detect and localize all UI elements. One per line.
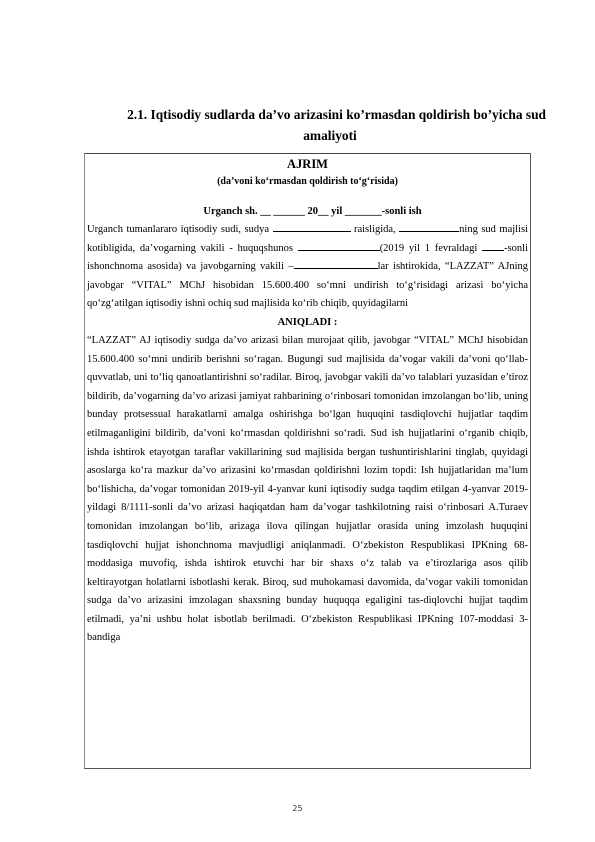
power-of-attorney-number-blank (482, 240, 504, 251)
judge-name-blank (273, 221, 351, 232)
ruling-body-paragraph: “LAZZAT” AJ iqtisodiy sudga da’vo arizas… (87, 332, 528, 648)
secretary-name-blank (399, 221, 459, 232)
ruling-subtitle: (da’voni ko‘rmasdan qoldirish to‘g‘risid… (87, 173, 528, 191)
ruling-title: AJRIM (87, 155, 528, 173)
lawyer-name-blank (298, 240, 380, 251)
ruling-intro-paragraph: Urganch tumanlararo iqtisodiy sudi, sudy… (87, 221, 528, 314)
section-heading-line2: amaliyoti (84, 125, 546, 146)
ruling-place-date-case: Urganch sh. __ ______ 20__ yil _______-s… (87, 203, 528, 221)
defendant-representative-blank (294, 258, 378, 269)
ruling-document-box: AJRIM (da’voni ko‘rmasdan qoldirish to‘g… (84, 153, 531, 769)
spacer (87, 191, 528, 203)
section-heading: 2.1. Iqtisodiy sudlarda da’vo arizasini … (84, 104, 546, 146)
section-heading-line1: 2.1. Iqtisodiy sudlarda da’vo arizasini … (84, 104, 546, 125)
intro-text-4: (2019 yil 1 fevraldagi (380, 243, 482, 254)
established-heading: ANIQLADI : (87, 314, 528, 332)
intro-text-1: Urganch tumanlararo iqtisodiy sudi, sudy… (87, 224, 273, 235)
intro-text-2: raisligida, (351, 224, 400, 235)
page-number: 25 (0, 804, 595, 813)
